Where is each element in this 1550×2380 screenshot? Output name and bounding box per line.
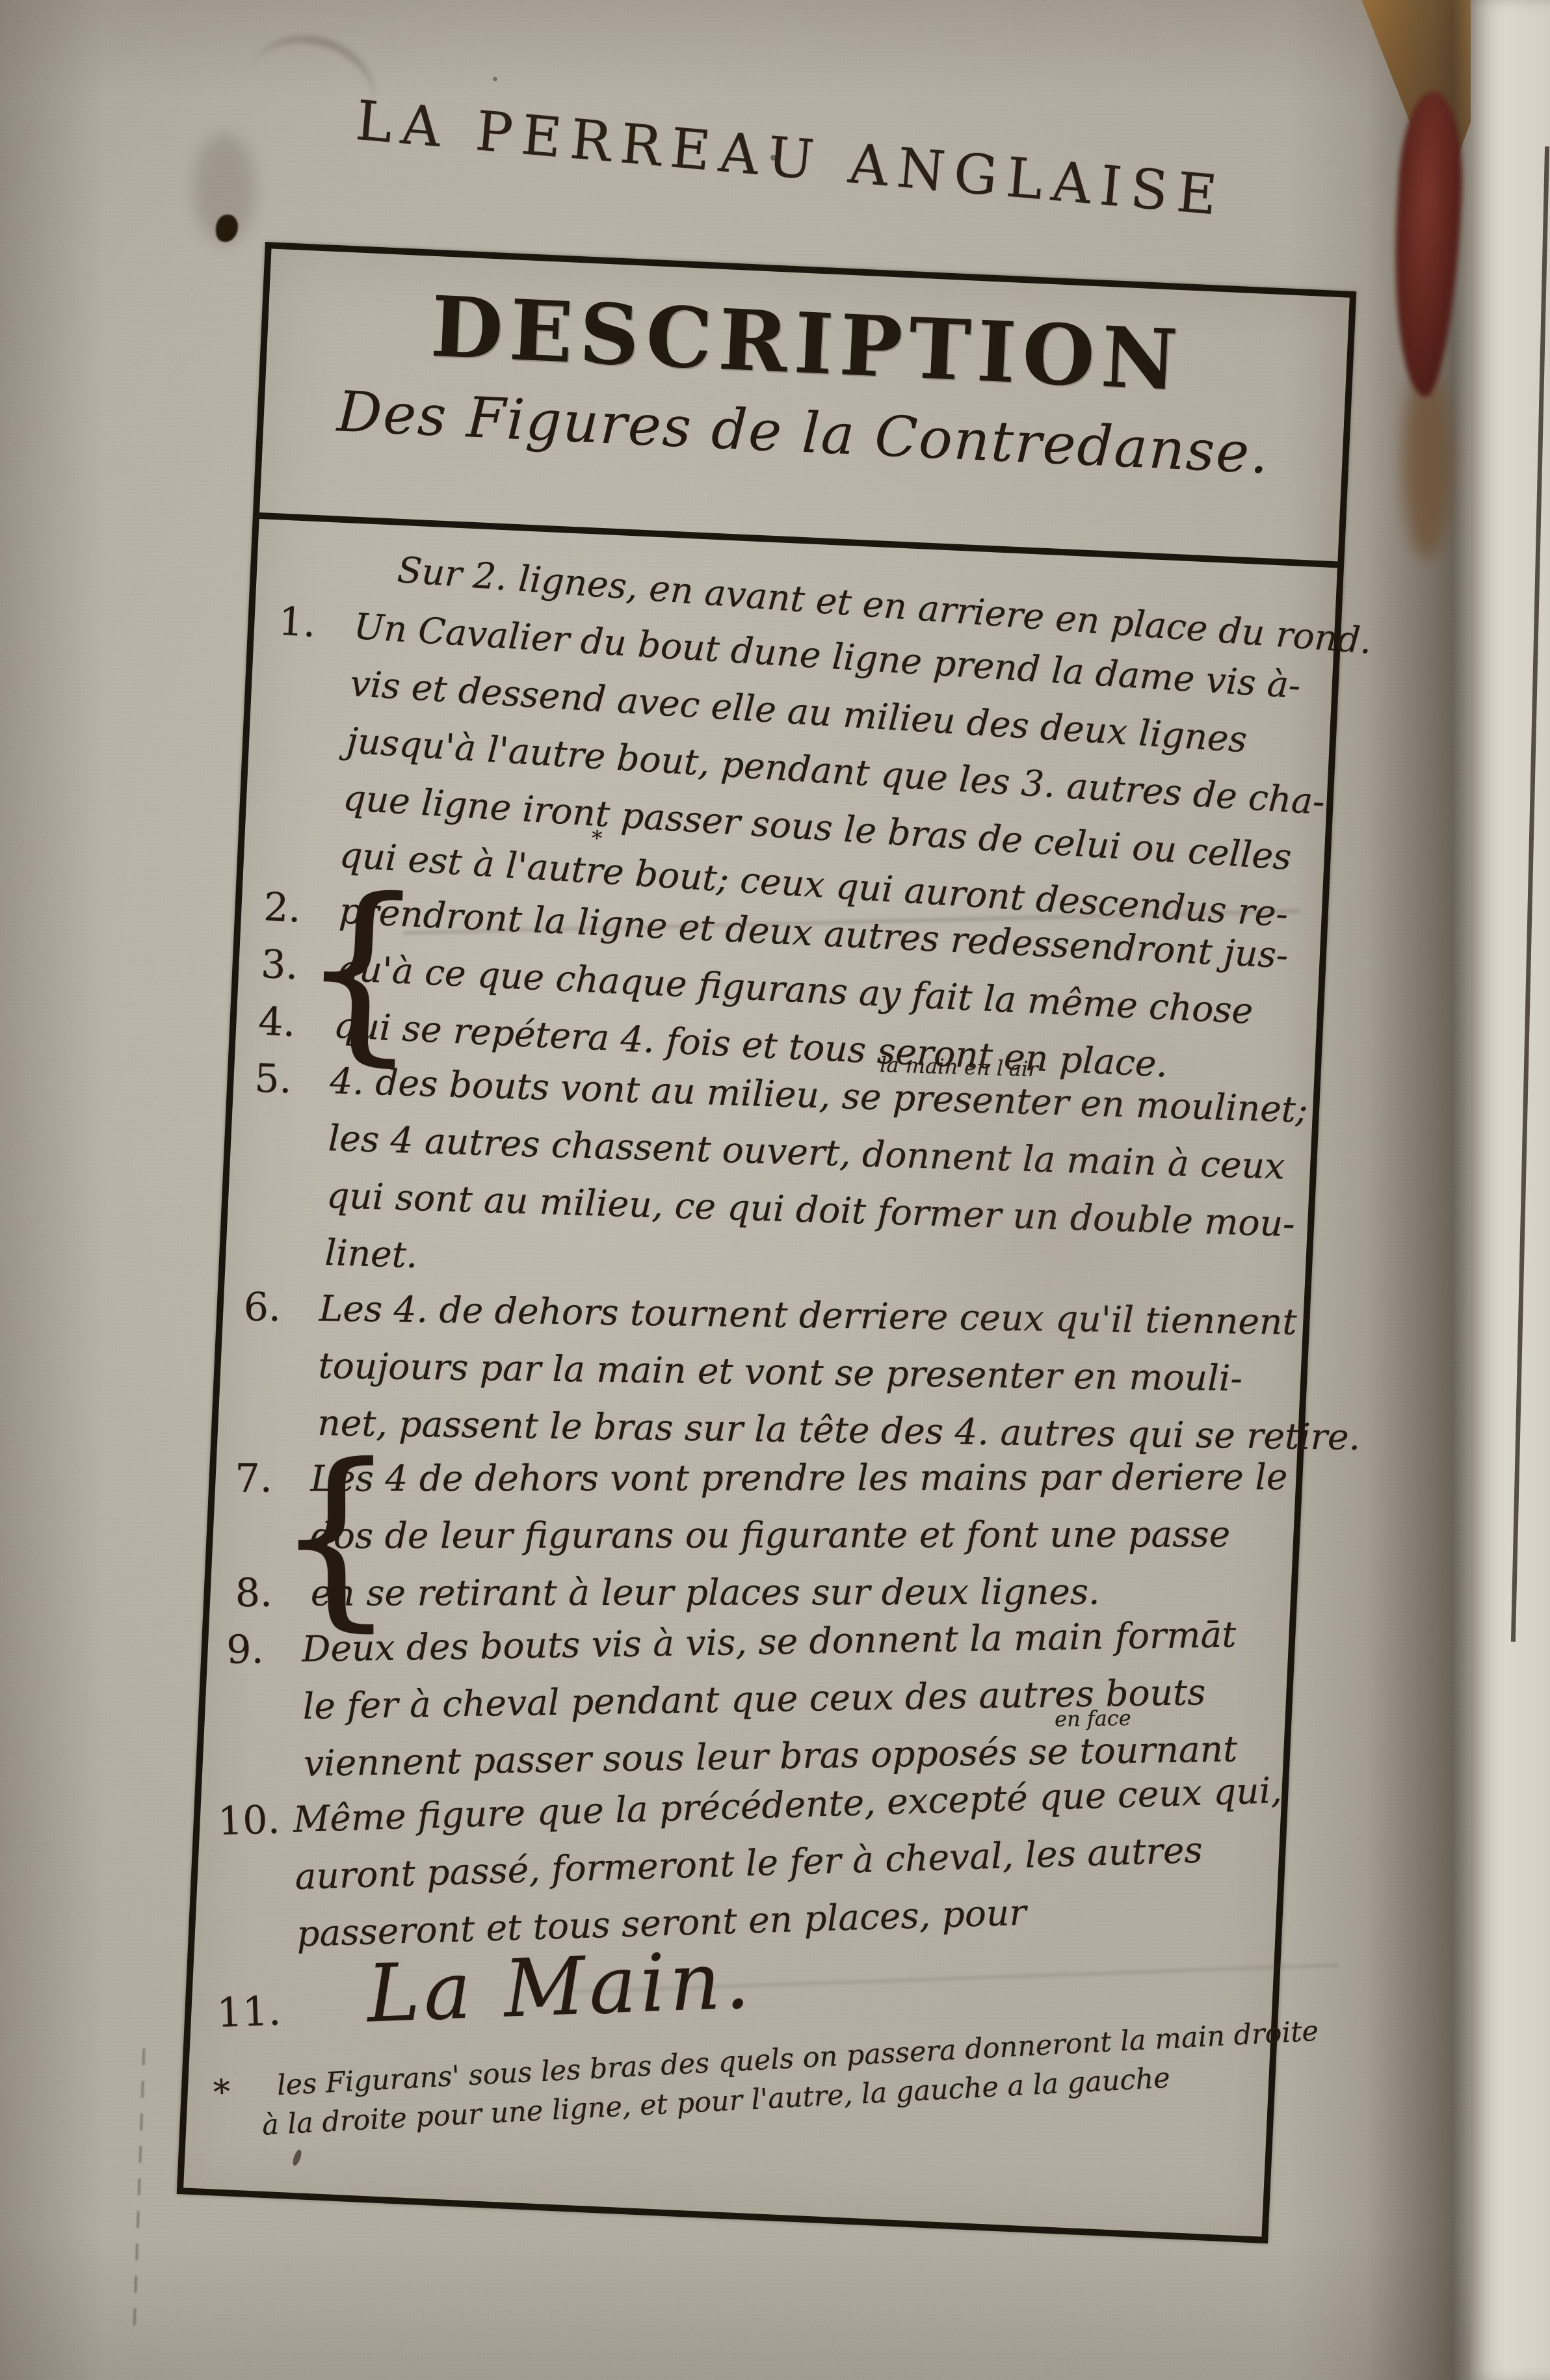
book-photo: LA PERREAU ANGLAISE DESCRIPTION Des Figu…	[0, 0, 1550, 2380]
ink-speck	[493, 77, 497, 81]
item-number: 7.	[235, 1450, 272, 1507]
item-number-column: 10.	[217, 1791, 298, 1964]
item-lines: Deux des bouts vis à vis, se donnent la …	[302, 1606, 1268, 1792]
item-number: 3.	[260, 936, 300, 995]
item-number: 10.	[217, 1792, 281, 1851]
item-number: 2.	[263, 879, 302, 938]
item-number: 11.	[212, 1982, 293, 2042]
text-line: dos de leur figurans ou figurante et fon…	[311, 1505, 1274, 1565]
facing-page-edge	[1471, 0, 1550, 2380]
item-number: 8.	[235, 1565, 272, 1622]
item-number-column: 9.	[226, 1620, 304, 1793]
item-number-column: 7.8.{	[235, 1450, 310, 1622]
bleed-through-stain	[871, 962, 1248, 1496]
item-lines: Même figure que la précédente, excepté q…	[293, 1762, 1261, 1963]
superscript-note: *	[591, 827, 603, 849]
item-number-column: 2.3.4.{	[257, 879, 340, 1053]
item-number: 6.	[243, 1278, 281, 1336]
figure-item: 9.Deux des bouts vis à vis, se donnent l…	[226, 1606, 1268, 1793]
superscript-note: en face	[1055, 1708, 1131, 1730]
item-number: 9.	[226, 1621, 265, 1679]
item-number: 4.	[257, 993, 296, 1052]
item-number-column: 5.	[248, 1050, 330, 1281]
item-number: 5.	[254, 1050, 293, 1109]
ink-smudge	[194, 133, 256, 244]
item-number: 1.	[277, 593, 318, 652]
ink-speck	[770, 155, 776, 161]
facing-page-frame-line	[1511, 146, 1549, 1642]
title-box: DESCRIPTION Des Figures de la Contredans…	[259, 248, 1350, 568]
asterisk-icon: *	[207, 2067, 263, 2148]
